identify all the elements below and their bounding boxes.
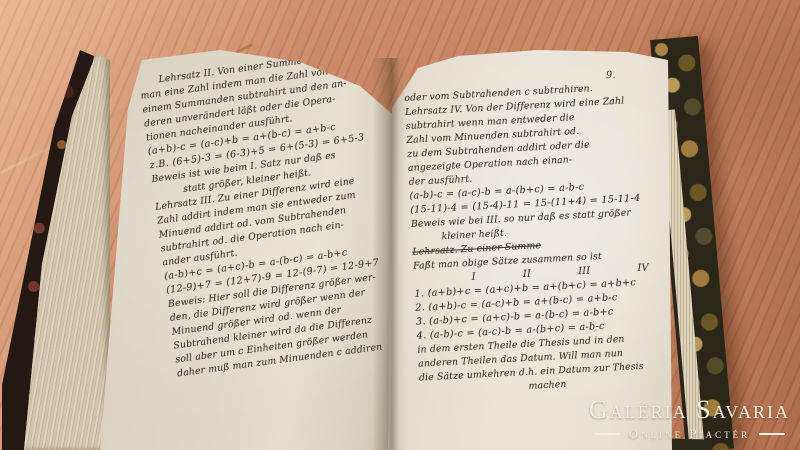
watermark-title: Galéria Savaria	[589, 395, 790, 425]
watermark-subtitle-text: Online Piactér	[629, 426, 750, 442]
watermark-dash-right-icon	[759, 433, 785, 435]
watermark: Galéria Savaria Online Piactér	[589, 395, 790, 442]
book-gutter-shadow	[372, 58, 406, 450]
watermark-subtitle: Online Piactér	[589, 426, 790, 442]
watermark-dash-left-icon	[594, 433, 620, 435]
right-page-text: oder vom Subtrahenden c subtrahiren.Lehr…	[404, 79, 676, 400]
page-number: 9.	[606, 70, 616, 81]
right-page: 9. 9. oder vom Subtrahenden c subtrahire…	[388, 46, 678, 450]
left-page: Lehrsatz II. Von einer Summe subtrahirtm…	[100, 48, 392, 450]
photo-scene: Lehrsatz II. Von einer Summe subtrahirtm…	[0, 0, 800, 450]
